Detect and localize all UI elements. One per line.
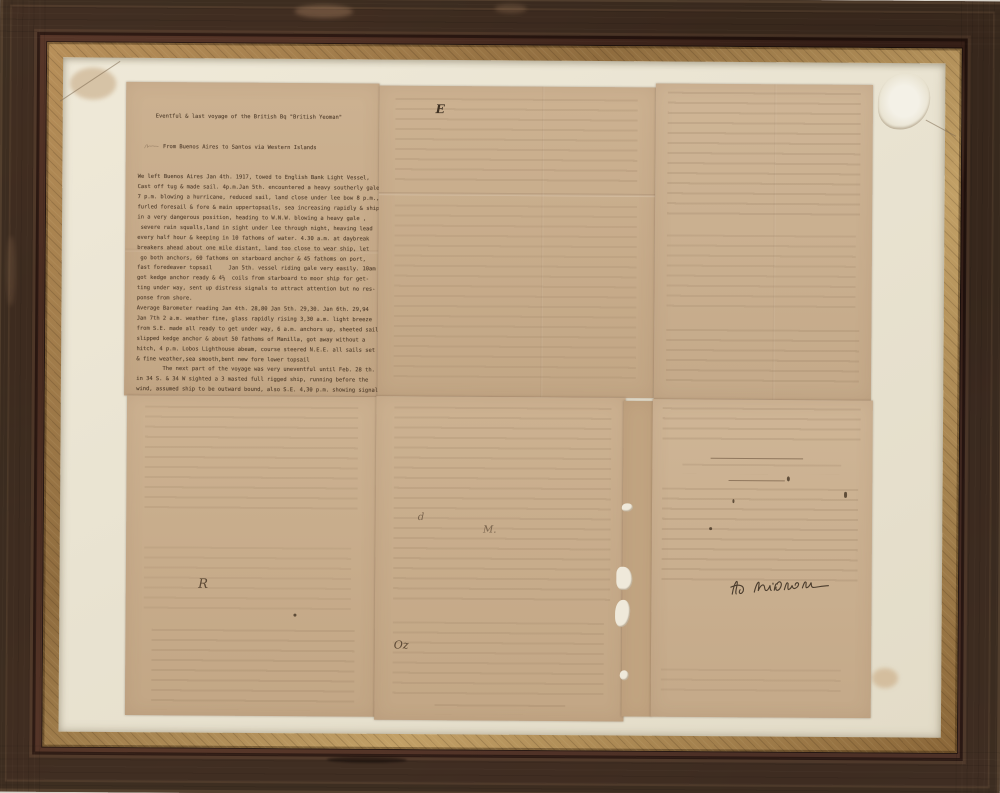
wood-grain-bottom (0, 745, 1000, 793)
page-2 (125, 395, 378, 716)
ink-speck (732, 499, 734, 503)
route-line: From Buenos Aires to Santos via Western … (138, 142, 382, 154)
mat-stain (70, 67, 116, 99)
paper-chip (620, 670, 629, 680)
faded-text-block (434, 704, 565, 715)
frame-scuff (495, 4, 527, 13)
handwritten-mark-e: E (436, 102, 445, 116)
faded-text-block (395, 98, 638, 188)
faded-text-block (394, 204, 637, 379)
ink-speck (709, 527, 712, 530)
page-3 (377, 86, 656, 398)
mat-stain (872, 668, 898, 688)
faded-text-block (666, 234, 855, 314)
photo-of-framed-document: Eventful & last voyage of the British Bq… (0, 0, 1000, 793)
underline-rule (729, 480, 785, 481)
page-1: Eventful & last voyage of the British Bq… (124, 82, 379, 397)
wood-grain-left (0, 0, 49, 792)
faded-text-block (392, 621, 604, 697)
frame-scuff (6, 236, 16, 306)
handwritten-mark-oz: Oz (394, 638, 409, 651)
page-4 (374, 396, 625, 721)
frame-scuff (295, 5, 353, 18)
framed-artifact: Eventful & last voyage of the British Bq… (0, 0, 1000, 793)
faded-text-block (144, 406, 358, 510)
handwritten-mark-d: d (418, 512, 425, 523)
frame-scratch (327, 757, 407, 764)
faded-text-block (661, 668, 841, 697)
page-crease (379, 192, 655, 197)
page-sliver (621, 401, 653, 717)
document-title: Eventful & last voyage of the British Bq… (138, 111, 382, 123)
ink-speck (293, 614, 296, 617)
faded-text-block (144, 546, 352, 616)
route-text: From Buenos Aires to Santos via Western … (163, 142, 317, 153)
faded-text-block (682, 464, 841, 475)
paper-chip (616, 567, 632, 590)
signature: Hb Neilsen (723, 568, 837, 601)
faded-text-block (667, 92, 861, 222)
ink-speck (787, 476, 790, 481)
faded-text-block (393, 406, 611, 607)
faded-text-block (666, 329, 859, 389)
page-6: Hb Neilsen (651, 399, 873, 718)
handwritten-mark-m: M. (483, 525, 497, 536)
handwritten-word-icon (143, 144, 159, 150)
page-5 (654, 84, 873, 401)
underline-rule (711, 458, 803, 460)
faded-text-block (662, 407, 860, 447)
handwritten-mark-r: R (198, 577, 208, 592)
faded-text-block (151, 629, 355, 711)
ink-speck (844, 492, 847, 498)
